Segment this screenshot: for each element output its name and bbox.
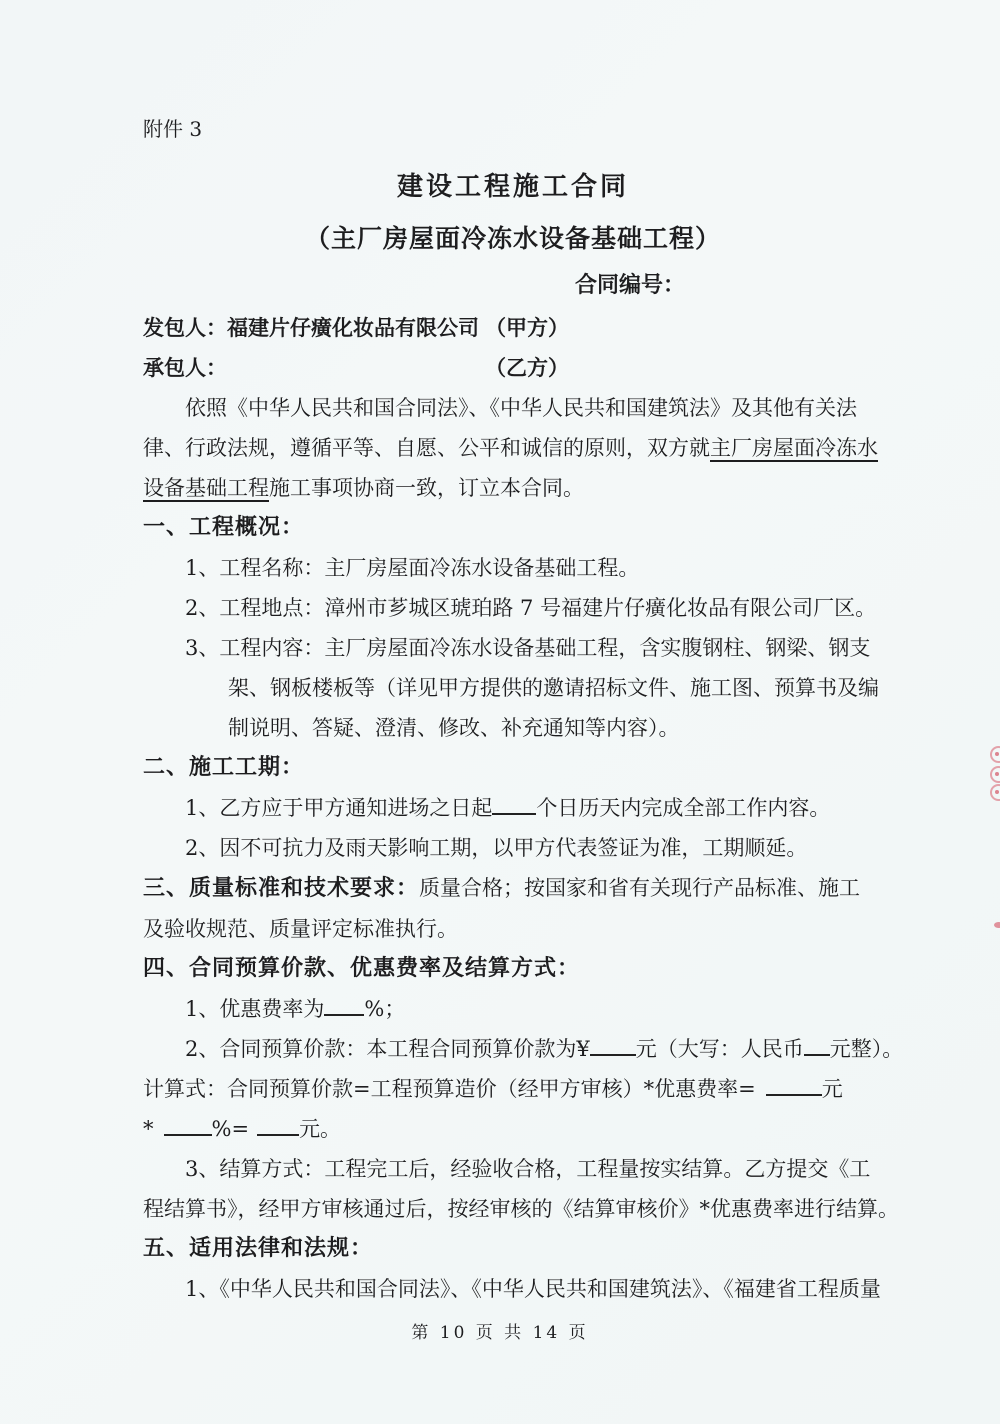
section-1-item-2: 2、工程地点：漳州市芗城区琥珀路 7 号福建片仔癀化妆品有限公司厂区。: [143, 588, 883, 628]
contract-number-label: 合同编号：: [143, 270, 883, 300]
blank-amount-words-field: [804, 1033, 830, 1056]
blank-calc-total-field: [257, 1113, 299, 1136]
section-2-item-1-text-after: 个日历天内完成全部工作内容。: [536, 796, 830, 820]
section-4-calc-line-2: *%=元。: [143, 1109, 883, 1149]
red-seal-fragment-icon: [990, 766, 1000, 783]
blank-amount-field: [590, 1033, 636, 1056]
section-2-heading: 二、施工工期：: [143, 748, 883, 788]
underlined-project-name-part2: 设备基础工程: [143, 476, 269, 500]
red-seal-fragment-icon: [990, 784, 1000, 801]
attachment-label: 附件 3: [143, 114, 883, 144]
preamble-line-3-text: 施工事项协商一致，订立本合同。: [269, 476, 584, 500]
blank-calc-result-field: [766, 1073, 822, 1096]
underlined-project-name-part1: 主厂房屋面冷冻水: [710, 436, 878, 460]
section-3-heading: 三、质量标准和技术要求：: [143, 876, 419, 901]
section-5-heading: 五、适用法律和法规：: [143, 1229, 883, 1269]
employer-label: 发包人：: [143, 315, 227, 340]
preamble-line-2: 律、行政法规，遵循平等、自愿、公平和诚信的原则，双方就主厂房屋面冷冻水: [143, 428, 883, 468]
red-seal-fragment-icon: [994, 922, 1000, 928]
page-subtitle: （主厂房屋面冷冻水设备基础工程）: [143, 222, 883, 256]
contractor-label: 承包人：: [143, 355, 227, 380]
scanned-contract-page: 附件 3 建设工程施工合同 （主厂房屋面冷冻水设备基础工程） 合同编号： 发包人…: [0, 0, 1000, 1424]
section-1-item-3-line-3: 制说明、答疑、澄清、修改、补充通知等内容）。: [143, 708, 883, 748]
section-4-item-1: 1、优惠费率为%；: [143, 989, 883, 1029]
calc-formula-text: 计算式：合同预算价款=工程预算造价（经甲方审核）*优惠费率=: [143, 1077, 756, 1101]
section-1-item-3-line-1: 3、工程内容：主厂房屋面冷冻水设备基础工程，含实腹钢柱、钢梁、钢支: [143, 628, 883, 668]
section-1-item-3-line-2: 架、钢板楼板等（详见甲方提供的邀请招标文件、施工图、预算书及编: [143, 668, 883, 708]
contractor-line: 承包人： （乙方）: [143, 348, 883, 388]
document-body: 附件 3 建设工程施工合同 （主厂房屋面冷冻水设备基础工程） 合同编号： 发包人…: [143, 114, 883, 1309]
preamble-line-2-text: 律、行政法规，遵循平等、自愿、公平和诚信的原则，双方就: [143, 436, 710, 460]
section-4-heading: 四、合同预算价款、优惠费率及结算方式：: [143, 949, 883, 989]
section-4-item-2-text: 2、合同预算价款：本工程合同预算价款为¥: [185, 1037, 590, 1061]
section-4-item-2-text-mid: 元（大写：人民币: [636, 1037, 804, 1061]
section-2-item-2: 2、因不可抗力及雨天影响工期，以甲方代表签证为准，工期顺延。: [143, 828, 883, 868]
red-seal-fragment-icon: [990, 746, 1000, 763]
section-4-item-2-text-after: 元整）。: [830, 1037, 904, 1061]
calc-formula-unit: 元: [822, 1077, 843, 1101]
section-4-item-3-line-1: 3、结算方式：工程完工后，经验收合格，工程量按实结算。乙方提交《工: [143, 1149, 883, 1189]
section-2-item-1: 1、乙方应于甲方通知进场之日起个日历天内完成全部工作内容。: [143, 788, 883, 828]
employer-role: （甲方）: [485, 308, 569, 348]
section-1-heading: 一、工程概况：: [143, 508, 883, 548]
preamble-line-1: 依照《中华人民共和国合同法》、《中华人民共和国建筑法》及其他有关法: [143, 388, 883, 428]
calc-line-2-equals: %=: [212, 1117, 250, 1141]
calc-line-2-operator: *: [143, 1117, 154, 1141]
page-number: 第 10 页 共 14 页: [0, 1318, 1000, 1348]
calc-line-2-unit: 元。: [299, 1117, 341, 1141]
section-4-item-3-line-2: 程结算书》，经甲方审核通过后，按经审核的《结算审核价》*优惠费率进行结算。: [143, 1189, 883, 1229]
section-3-paragraph-line-1: 三、质量标准和技术要求：质量合格；按国家和省有关现行产品标准、施工: [143, 868, 883, 909]
section-2-item-1-text: 1、乙方应于甲方通知进场之日起: [185, 796, 492, 820]
blank-duration-field: [492, 792, 536, 815]
employer-line: 发包人：福建片仔癀化妆品有限公司 （甲方）: [143, 308, 883, 348]
preamble-line-3: 设备基础工程施工事项协商一致，订立本合同。: [143, 468, 883, 508]
page-title: 建设工程施工合同: [143, 170, 883, 204]
blank-discount-rate-field: [324, 993, 364, 1016]
section-1-item-1: 1、工程名称：主厂房屋面冷冻水设备基础工程。: [143, 548, 883, 588]
section-3-paragraph-line-2: 及验收规范、质量评定标准执行。: [143, 909, 883, 949]
section-3-text: 质量合格；按国家和省有关现行产品标准、施工: [419, 876, 860, 900]
blank-calc-rate-field: [164, 1113, 212, 1136]
section-4-item-1-text: 1、优惠费率为: [185, 997, 324, 1021]
section-4-item-2: 2、合同预算价款：本工程合同预算价款为¥元（大写：人民币元整）。: [143, 1029, 883, 1069]
section-4-item-1-text-after: %；: [364, 997, 405, 1021]
section-4-calc-line-1: 计算式：合同预算价款=工程预算造价（经甲方审核）*优惠费率=元: [143, 1069, 883, 1109]
contractor-role: （乙方）: [485, 348, 569, 388]
section-5-item-1: 1、《中华人民共和国合同法》、《中华人民共和国建筑法》、《福建省工程质量: [143, 1269, 883, 1309]
employer-name: 福建片仔癀化妆品有限公司: [227, 315, 479, 340]
